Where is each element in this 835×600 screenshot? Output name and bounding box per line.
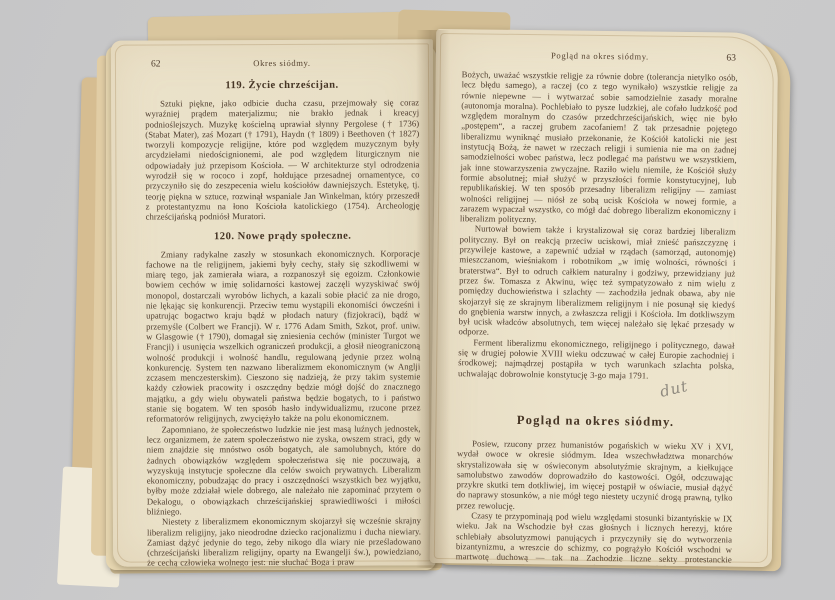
right-page-header: Pogląd na okres siódmy. 63 [462,49,738,65]
paragraph: Sztuki piękne, jako odbicie ducha czasu,… [145,97,420,222]
left-page-header: 62 Okres siódmy. [145,57,419,71]
paragraph: Czasy te przypominają pod wielu względam… [455,510,732,567]
paragraph: Bożych, uważać wszystkie religje za równ… [460,69,738,227]
paragraph: Zapomniano, że społeczeństwo ludzkie nie… [147,423,421,517]
book-scan: 62 Okres siódmy. 119. Życie chrześcijan.… [0,0,835,600]
paragraph: Niestety z liberalizmem ekonomicznym sko… [147,516,421,567]
section-heading-120: 120. Nowe prądy społeczne. [146,230,420,242]
paragraph: Posiew, rzucony przez humanistów pogańsk… [456,438,733,513]
right-running-head: Pogląd na okres siódmy. [462,49,738,62]
chapter-heading: Pogląd na okres siódmy. [457,412,733,430]
pencil-annotation: dut [658,377,690,401]
right-page: Pogląd na okres siódmy. 63 Bożych, uważa… [430,29,778,567]
left-running-head: Okres siódmy. [145,57,419,68]
paragraph: Zmiany radykalne zaszły w stosunkach eko… [146,248,421,424]
left-page: 62 Okres siódmy. 119. Życie chrześcijan.… [111,39,435,566]
paragraph: Ferment liberalizmu ekonomicznego, relig… [458,337,734,382]
paragraph: Nurtował bowiem także i krystalizował si… [459,224,736,341]
section-heading-119: 119. Życie chrześcijan. [145,79,419,91]
right-page-number: 63 [726,52,736,63]
